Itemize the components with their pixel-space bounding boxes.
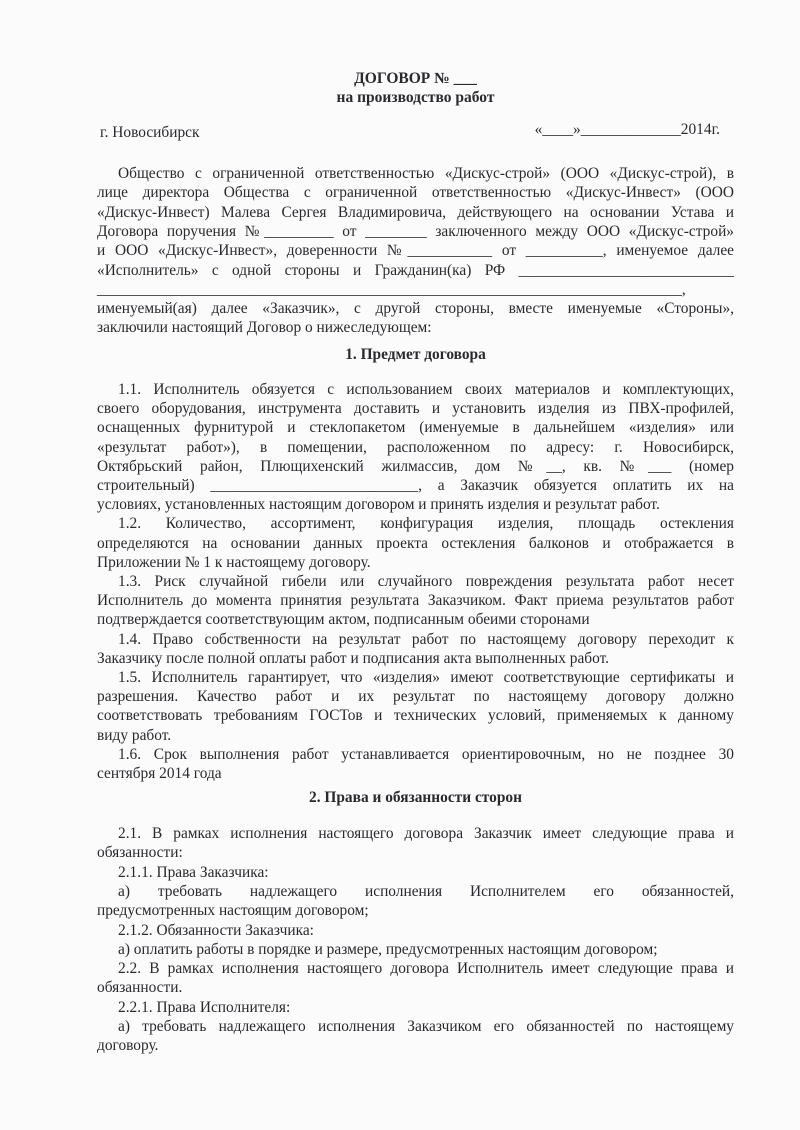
section-1-line: определяются на основании данных проекта… <box>97 534 734 553</box>
section-2-line: обязанности. <box>97 978 734 997</box>
section-1-line: виду работ. <box>97 726 734 745</box>
section-1-line: 1.3. Риск случайной гибели или случайног… <box>97 572 734 591</box>
section-2-line: 2.2. В рамках исполнения настоящего дого… <box>97 959 734 978</box>
section-1-line: Приложении № 1 к настоящему договору. <box>97 553 734 572</box>
section-1-line: 1.6. Срок выполнения работ устанавливает… <box>97 745 734 764</box>
section-1-line: Заказчику после полной оплаты работ и по… <box>97 649 734 668</box>
section-1-line: подтверждается соответствующим актом, по… <box>97 610 734 629</box>
section-1-line: сентября 2014 года <box>97 764 734 783</box>
section-1-line: условиях, установленных настоящим догово… <box>97 495 734 514</box>
preamble-line: «Дискус-Инвест) Малева Сергея Владимиров… <box>97 203 734 222</box>
section-2-line: 2.1.2. Обязанности Заказчика: <box>97 921 734 940</box>
preamble-line: ________________________________________… <box>97 280 734 299</box>
section-1-heading: 1. Предмет договора <box>97 346 734 364</box>
section-2-line: а) требовать надлежащего исполнения Испо… <box>97 882 734 901</box>
preamble-line: заключили настоящий Договор о нижеследую… <box>97 318 734 337</box>
section-2-line: 2.1. В рамках исполнения настоящего дого… <box>97 824 734 843</box>
contract-title: ДОГОВОР № ___ <box>97 70 734 88</box>
section-2-line: договору. <box>97 1036 734 1055</box>
preamble-line: Договора поручения №_________ от _______… <box>97 222 734 241</box>
section-2-line: обязанности: <box>97 843 734 862</box>
section-1-line: 1.5. Исполнитель гарантирует, что «издел… <box>97 668 734 687</box>
section-1-line: 1.1. Исполнитель обязуется с использован… <box>97 380 734 399</box>
preamble-line: и ООО «Дискус-Инвест», доверенности №___… <box>97 241 734 260</box>
section-1-line: Исполнитель до момента принятия результа… <box>97 591 734 610</box>
section-2-line: 2.1.1. Права Заказчика: <box>97 863 734 882</box>
section-1-line: строительный) __________________________… <box>97 476 734 495</box>
section-2-line: предусмотренных настоящим договором; <box>97 901 734 920</box>
section-2-line: 2.2.1. Права Исполнителя: <box>97 998 734 1017</box>
preamble-line: Общество с ограниченной ответственностью… <box>97 164 734 183</box>
section-1-line: соответствовать требованиям ГОСТов и тех… <box>97 706 734 725</box>
preamble-line: «Исполнитель» с одной стороны и Граждани… <box>97 261 734 280</box>
preamble-line: лице директора Общества с ограниченной о… <box>97 183 734 202</box>
section-2-line: а) оплатить работы в порядке и размере, … <box>97 940 734 959</box>
section-1-line: «результат работ»), в помещении, располо… <box>97 438 734 457</box>
section-1-line: оснащенных фурнитурой и стеклопакетом (и… <box>97 418 734 437</box>
section-1-line: 1.2. Количество, ассортимент, конфигурац… <box>97 514 734 533</box>
section-2-line: а) требовать надлежащего исполнения Зака… <box>97 1017 734 1036</box>
contract-subtitle: на производство работ <box>97 89 734 107</box>
section-1-line: Октябрьский район, Плющихенский жилмасси… <box>97 457 734 476</box>
preamble-line: именуемый(ая) далее «Заказчик», с другой… <box>97 299 734 318</box>
section-1-line: своего оборудования, инструмента достави… <box>97 399 734 418</box>
section-2-heading: 2. Права и обязанности сторон <box>97 789 734 807</box>
section-1-line: разрешения. Качество работ и их результа… <box>97 687 734 706</box>
section-1-line: 1.4. Право собственности на результат ра… <box>97 630 734 649</box>
contract-date: «____»_____________2014г. <box>535 121 720 139</box>
